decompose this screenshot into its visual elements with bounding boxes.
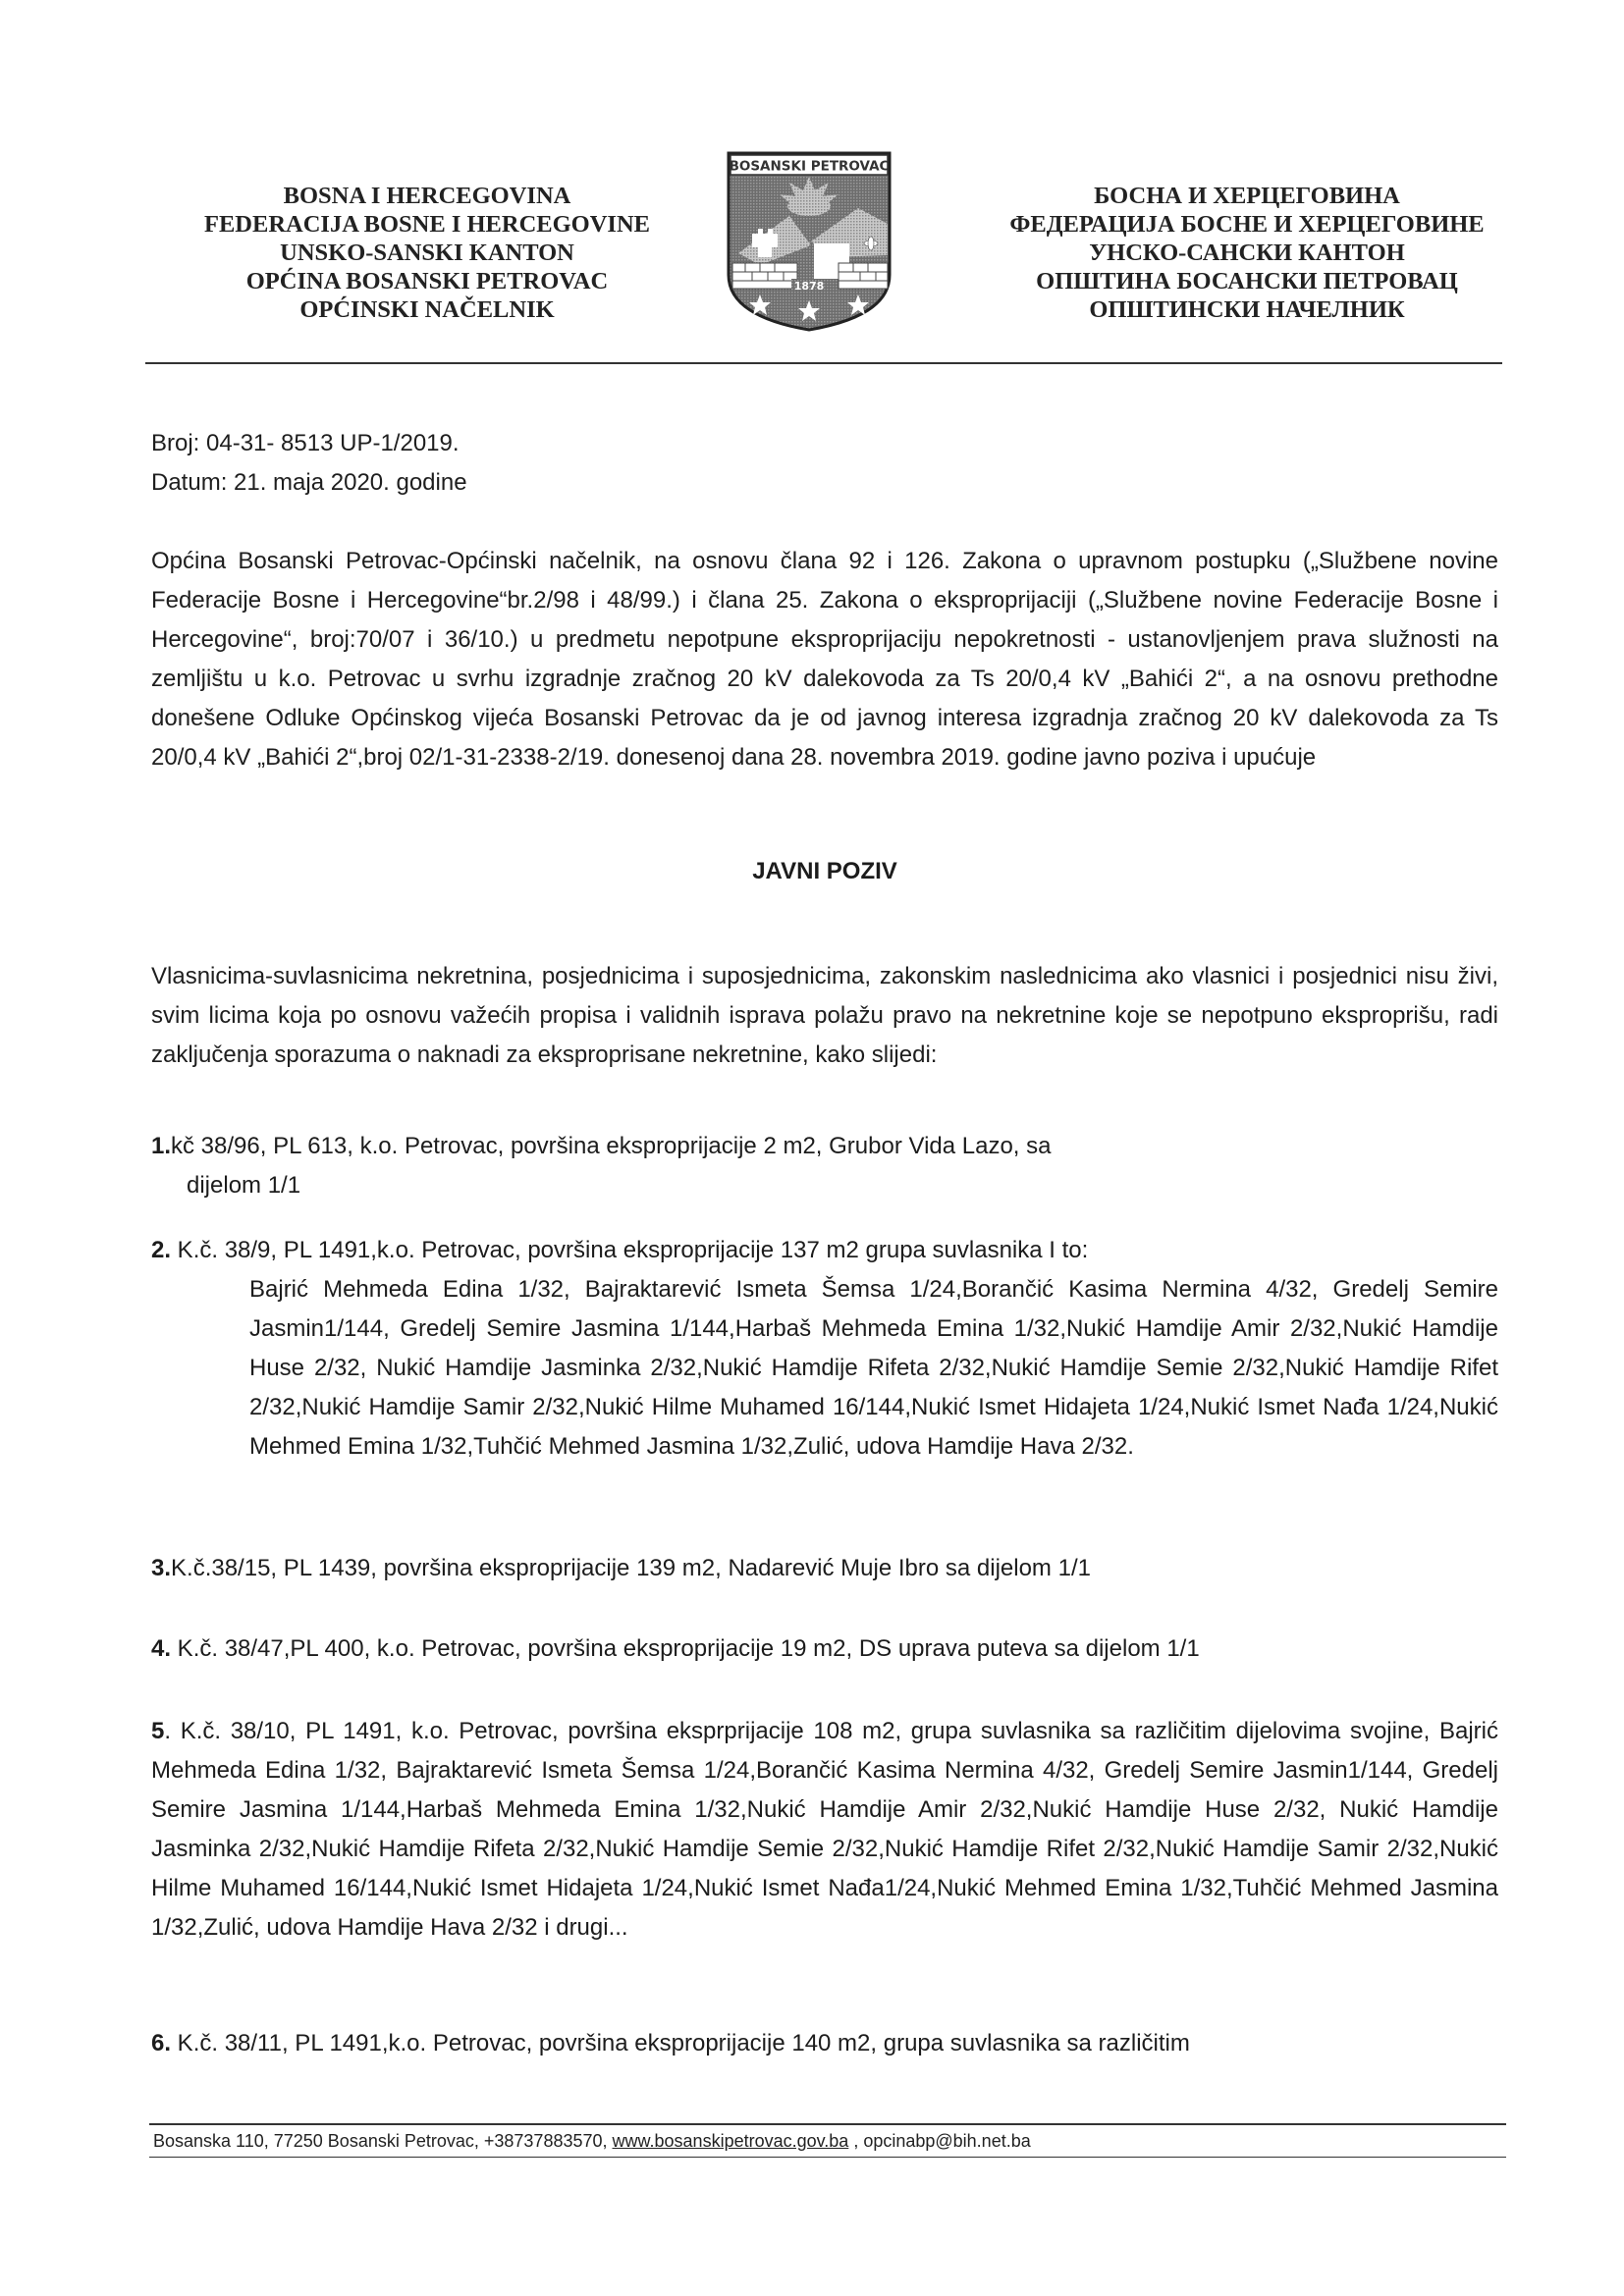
footer-separator: , <box>848 2131 863 2151</box>
footer-contact: Bosanska 110, 77250 Bosanski Petrovac, +… <box>153 2128 1498 2154</box>
item-number: 1. <box>151 1133 171 1159</box>
reference-number: Broj: 04-31- 8513 UP-1/2019. <box>151 424 1498 463</box>
list-item: 6. K.č. 38/11, PL 1491,k.o. Petrovac, po… <box>151 2024 1498 2063</box>
list-item: 2. K.č. 38/9, PL 1491,k.o. Petrovac, pov… <box>151 1231 1498 1467</box>
item-text: K.č. 38/47,PL 400, k.o. Petrovac, površi… <box>171 1635 1200 1662</box>
footer-divider-bottom <box>149 2157 1506 2158</box>
letterhead-line: ОПШТИНА БОСАНСКИ ПЕТРОВАЦ <box>972 267 1522 295</box>
letterhead-latin: BOSNA I HERCEGOVINA FEDERACIJA BOSNE I H… <box>147 182 707 324</box>
document-page: BOSNA I HERCEGOVINA FEDERACIJA BOSNE I H… <box>0 0 1624 2296</box>
list-item: 4. K.č. 38/47,PL 400, k.o. Petrovac, pov… <box>151 1629 1498 1669</box>
item-text: kč 38/96, PL 613, k.o. Petrovac, površin… <box>171 1133 1051 1159</box>
intro-paragraph: Općina Bosanski Petrovac-Općinski načeln… <box>151 542 1498 777</box>
item-owners: Bajrić Mehmeda Edina 1/32, Bajraktarević… <box>151 1270 1498 1467</box>
footer-divider-top <box>149 2123 1506 2125</box>
list-item: 1.kč 38/96, PL 613, k.o. Petrovac, površ… <box>151 1127 1498 1205</box>
item-number: 4. <box>151 1635 171 1662</box>
item-text: K.č. 38/11, PL 1491,k.o. Petrovac, površ… <box>171 2030 1190 2056</box>
letterhead-line: UNSKO-SANSKI KANTON <box>147 239 707 267</box>
coat-of-arms-icon: BOSANSKI PETROVAC <box>721 147 897 334</box>
letterhead-line: ОПШТИНСКИ НАЧЕЛНИК <box>972 295 1522 324</box>
item-text-continued: dijelom 1/1 <box>151 1166 1498 1205</box>
footer-email[interactable]: opcinabp@bih.net.ba <box>863 2131 1030 2151</box>
header-divider <box>145 362 1502 364</box>
letterhead-line: BOSNA I HERCEGOVINA <box>147 182 707 210</box>
letterhead-line: ФЕДЕРАЦИЈА БОСНЕ И ХЕРЦЕГОВИНЕ <box>972 210 1522 239</box>
letterhead-cyrillic: БОСНА И ХЕРЦЕГОВИНА ФЕДЕРАЦИЈА БОСНЕ И Х… <box>972 182 1522 324</box>
crest-banner: BOSANSKI PETROVAC <box>730 159 890 175</box>
footer-address: Bosanska 110, 77250 Bosanski Petrovac, +… <box>153 2131 613 2151</box>
reference-date: Datum: 21. maja 2020. godine <box>151 463 1498 503</box>
letterhead-line: БОСНА И ХЕРЦЕГОВИНА <box>972 182 1522 210</box>
item-number: 2. <box>151 1237 171 1263</box>
letterhead-line: УНСКО-САНСКИ КАНТОН <box>972 239 1522 267</box>
item-text: K.č. 38/9, PL 1491,k.o. Petrovac, površi… <box>171 1237 1088 1263</box>
footer-website-link[interactable]: www.bosanskipetrovac.gov.ba <box>613 2131 849 2151</box>
item-number: 5 <box>151 1718 164 1744</box>
item-text: K.č.38/15, PL 1439, površina eksproprija… <box>171 1555 1091 1581</box>
list-item: 3.K.č.38/15, PL 1439, površina ekspropri… <box>151 1549 1498 1588</box>
list-item: 5. K.č. 38/10, PL 1491, k.o. Petrovac, p… <box>151 1712 1498 1948</box>
item-number: 6. <box>151 2030 171 2056</box>
item-number: 3. <box>151 1555 171 1581</box>
letterhead-line: OPĆINSKI NAČELNIK <box>147 295 707 324</box>
letterhead-line: OPĆINA BOSANSKI PETROVAC <box>147 267 707 295</box>
document-title: JAVNI POZIV <box>147 852 1502 891</box>
reference-block: Broj: 04-31- 8513 UP-1/2019. Datum: 21. … <box>151 424 1498 503</box>
addressees-paragraph: Vlasnicima-suvlasnicima nekretnina, posj… <box>151 957 1498 1075</box>
letterhead-line: FEDERACIJA BOSNE I HERCEGOVINE <box>147 210 707 239</box>
item-text: . K.č. 38/10, PL 1491, k.o. Petrovac, po… <box>151 1718 1498 1941</box>
crest-year: 1878 <box>794 280 825 293</box>
